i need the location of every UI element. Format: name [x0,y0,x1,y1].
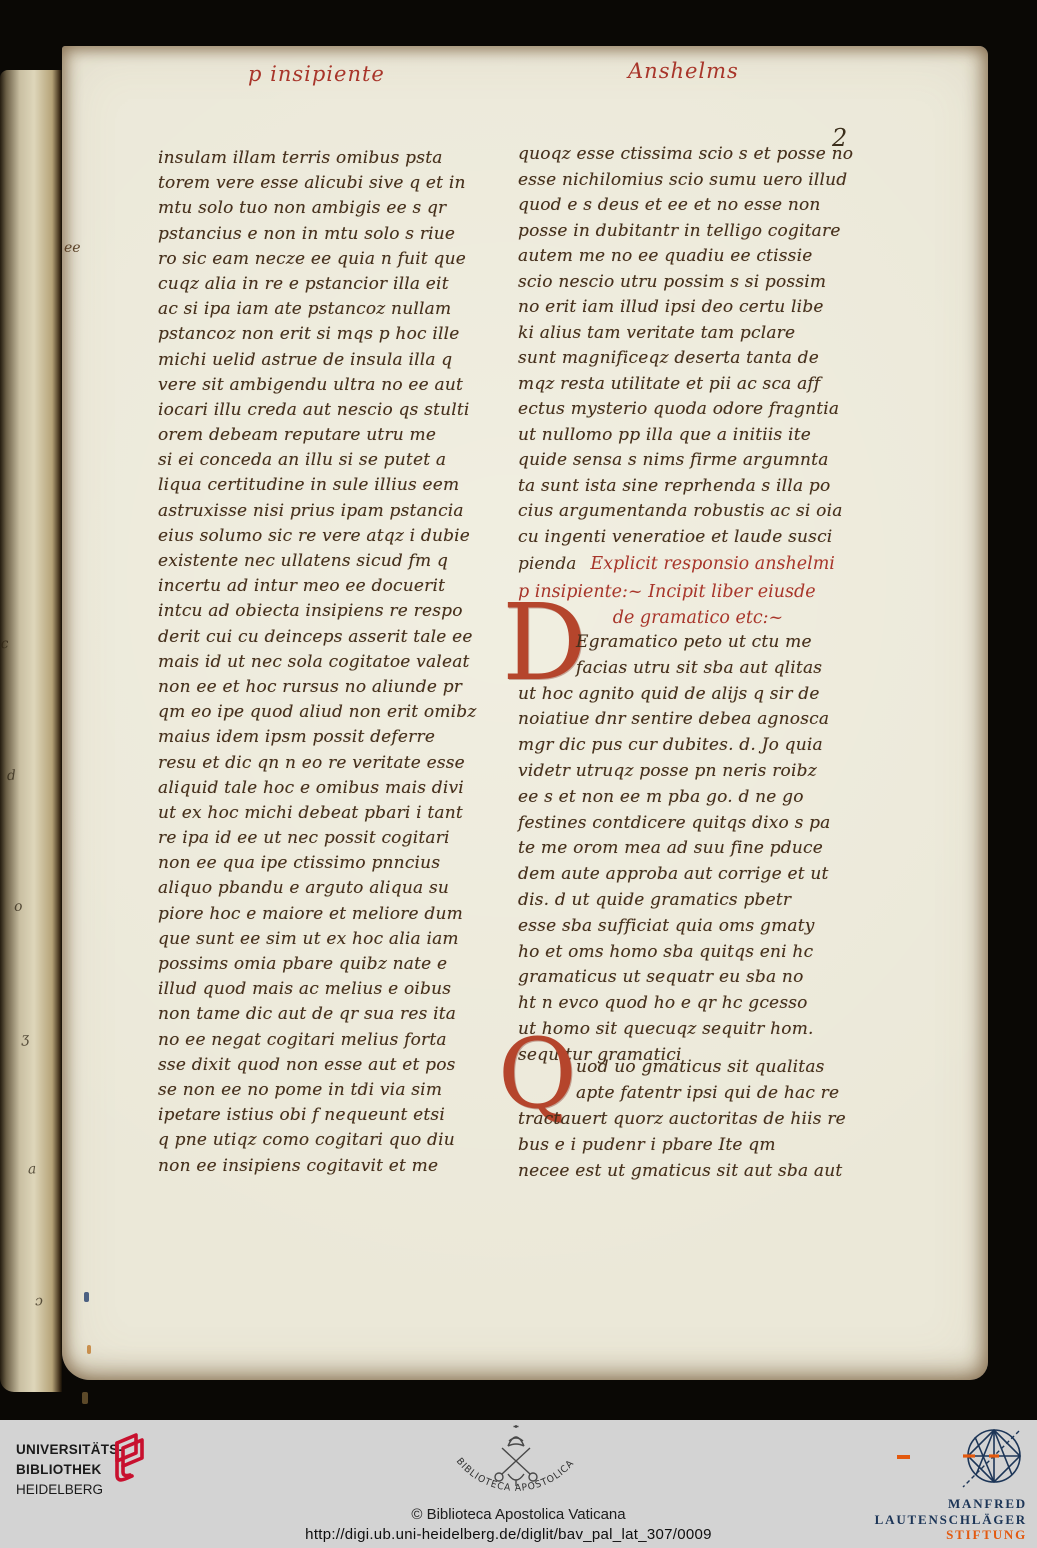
manuscript-line: scio nescio utru possim s si possim [518,270,853,296]
manuscript-line: ut ex hoc michi debeat pbari i tant [158,801,508,826]
manuscript-line: astruxisse nisi prius ipam pstancia [158,499,508,524]
ml-line-1: MANFRED [875,1496,1027,1512]
binding-thread [87,1345,91,1354]
quod-vero-text-block: uod uo gmaticus sit qualitasapte fatentr… [518,1054,846,1184]
manuscript-line: ut hoc agnito quid de alijs q sir de [518,682,831,708]
manuscript-line: apte fatentr ipsi qui de hac re [576,1080,846,1106]
ml-line-3: STIFTUNG [875,1527,1027,1543]
title-rubric-line: de gramatico etc:~ [548,608,848,628]
manuscript-line: iocari illu creda aut nescio qs stulti [158,398,508,423]
digitized-manuscript-view: ɔraʒcdoʒaɔ p insipiente Anshelms 2 ee in… [0,0,1037,1548]
footer-bar: UNIVERSITÄTS- BIBLIOTHEK HEIDELBERG [0,1420,1037,1548]
manuscript-line: sunt magnificeqz deserta tanta de [518,346,853,372]
manuscript-line: autem me no ee quadiu ee ctissie [518,244,853,270]
manuscript-line: orem debeam reputare utru me [158,423,508,448]
manuscript-line: non ee insipiens cogitavit et me [158,1154,508,1179]
svg-text:BIBLIOTECA APOSTOLICA VATICANA: BIBLIOTECA APOSTOLICA VATICANA [446,1424,579,1494]
margin-note: ee [64,240,81,256]
manuscript-line: si ei conceda an illu si se putet a [158,448,508,473]
manuscript-line: intcu ad obiecta insipiens re respo [158,599,508,624]
manuscript-line: pstancius e non in mtu solo s riue [158,222,508,247]
ml-line-2: LAUTENSCHLÄGER [875,1512,1027,1528]
manuscript-line: esse nichilomius scio sumu uero illud [518,168,853,194]
manuscript-line: non tame dic aut de qr sua res ita [158,1002,508,1027]
manuscript-line: ee s et non ee m pba go. d ne go [518,785,831,811]
manuscript-line: illud quod mais ac melius e oibus [158,977,508,1002]
manuscript-line: bus e i pudenr i pbare Ite qm [518,1132,846,1158]
running-header-left: p insipiente [248,62,385,86]
manuscript-line: aliquo pbandu e arguto aliqua su [158,876,508,901]
manuscript-line: non ee qua ipe ctissimo pnncius [158,851,508,876]
manuscript-line: dis. d ut quide gramatics pbetr [518,888,831,914]
manuscript-line: no erit iam illud ipsi deo certu libe [518,295,853,321]
manuscript-line: mais id ut nec sola cogitatoe valeat [158,650,508,675]
manuscript-line: piore hoc e maiore et meliore dum [158,902,508,927]
manuscript-line: esse sba sufficiat quia oms gmaty [518,914,831,940]
manuscript-line: ta sunt ista sine reprhenda s illa po [518,474,853,500]
manuscript-line: videtr utruqz posse pn neris roibz [518,759,831,785]
manuscript-line: mgr dic pus cur dubites. d. Jo quia [518,733,831,759]
left-text-column: insulam illam terris omibus pstatorem ve… [158,146,508,1179]
manuscript-line: mtu solo tuo non ambigis ee s qr [158,196,508,221]
manuscript-line: festines contdicere quitqs dixo s pa [518,811,831,837]
manuscript-line: qm eo ipe quod aliud non erit omibz [158,700,508,725]
manuscript-line: sse dixit quod non esse aut et pos [158,1053,508,1078]
manuscript-line: vere sit ambigendu ultra no ee aut [158,373,508,398]
explicit-line: piendaExplicit responsio anshelmi [518,554,835,574]
manuscript-line: maius idem ipsm possit deferre [158,725,508,750]
manuscript-line: ut nullomo pp illa que a initiis ite [518,423,853,449]
manuscript-line: dem aute approba aut corrige et ut [518,862,831,888]
right-column-top-block: quoqz esse ctissima scio s et posse noes… [518,142,853,550]
ml-logo-dash [897,1455,910,1459]
manuscript-line: se non ee no pome in tdi via sim [158,1078,508,1103]
manuscript-line: non ee et hoc rursus no aliunde pr [158,675,508,700]
explicit-lead-word: pienda [518,554,576,574]
manuscript-line: torem vere esse alicubi sive q et in [158,171,508,196]
manuscript-line: noiatiue dnr sentire debea agnosca [518,707,831,733]
manuscript-line: posse in dubitantr in telligo cogitare [518,219,853,245]
manuscript-line: que sunt ee sim ut ex hoc alia iam [158,927,508,952]
manuscript-line: cu ingenti veneratioe et laude susci [518,525,853,551]
manuscript-line: possims omia pbare quibz nate e [158,952,508,977]
manuscript-line: necee est ut gmaticus sit aut sba aut [518,1158,846,1184]
manuscript-line: quoqz esse ctissima scio s et posse no [518,142,853,168]
manuscript-line: resu et dic qn n eo re veritate esse [158,751,508,776]
manuscript-line: quide sensa s nims firme argumnta [518,448,853,474]
manuscript-line: ho et oms homo sba quitqs eni hc [518,940,831,966]
manuscript-line: liqua certitudine in sule illius eem [158,473,508,498]
manuscript-line: mqz resta utilitate et pii ac sca aff [518,372,853,398]
ml-stiftung-logo-icon [960,1426,1028,1493]
manuscript-line: facias utru sit sba aut qlitas [576,656,831,682]
manuscript-line: ht n evco quod ho e qr hc gcesso [518,991,831,1017]
manuscript-line: insulam illam terris omibus psta [158,146,508,171]
explicit-rubric-text: Explicit responsio anshelmi [590,554,835,574]
manuscript-line: tractauert quorz auctoritas de hiis re [518,1106,846,1132]
manuscript-line: uod uo gmaticus sit qualitas [576,1054,846,1080]
ml-stiftung-wordmark: MANFRED LAUTENSCHLÄGER STIFTUNG [875,1496,1027,1543]
manuscript-line: cuqz alia in re e pstancior illa eit [158,272,508,297]
manuscript-line: ectus mysterio quoda odore fragntia [518,397,853,423]
facing-page-edge: ɔraʒcdoʒaɔ [0,70,62,1392]
manuscript-page: p insipiente Anshelms 2 ee insulam illam… [62,46,988,1380]
manuscript-line: ac si ipa iam ate pstancoz nullam [158,297,508,322]
manuscript-line: te me orom mea ad suu fine pduce [518,836,831,862]
manuscript-line: derit cui cu deinceps asserit tale ee [158,625,508,650]
manuscript-line: no ee negat cogitari melius forta [158,1028,508,1053]
manuscript-line: ki alius tam veritate tam pclare [518,321,853,347]
facing-page-text-fragments: ɔraʒcdoʒaɔ [0,110,47,1309]
manuscript-line: michi uelid astrue de insula illa q [158,348,508,373]
manuscript-line: ro sic eam necze ee quia n fuit que [158,247,508,272]
binding-thread [84,1292,89,1302]
manuscript-line: incertu ad intur meo ee docuerit [158,574,508,599]
vatican-library-seal-icon: BIBLIOTECA APOSTOLICA VATICANA [446,1424,586,1513]
manuscript-line: pstancoz non erit si mqs p hoc ille [158,322,508,347]
manuscript-line: cius argumentanda robustis ac si oia [518,499,853,525]
manuscript-line: gramaticus ut sequatr eu sba no [518,965,831,991]
running-header-right: Anshelms [628,59,739,83]
manuscript-line: Egramatico peto ut ctu me [576,630,831,656]
manuscript-line: eius solumo sic re vere atqz i dubie [158,524,508,549]
manuscript-line: quod e s deus et ee et no esse non [518,193,853,219]
manuscript-line: aliquid tale hoc e omibus mais divi [158,776,508,801]
de-grammatico-text-block: Egramatico peto ut ctu mefacias utru sit… [518,630,831,1069]
source-url: http://digi.ub.uni-heidelberg.de/diglit/… [0,1526,1017,1543]
ub-heidelberg-logo-icon [102,1430,154,1493]
binding-thread [82,1392,88,1404]
manuscript-line: re ipa id ee ut nec possit cogitari [158,826,508,851]
manuscript-line: ipetare istius obi f nequeunt etsi [158,1103,508,1128]
manuscript-line: q pne utiqz como cogitari quo diu [158,1128,508,1153]
manuscript-line: existente nec ullatens sicud fm q [158,549,508,574]
manuscript-photo: ɔraʒcdoʒaɔ p insipiente Anshelms 2 ee in… [0,0,1037,1420]
